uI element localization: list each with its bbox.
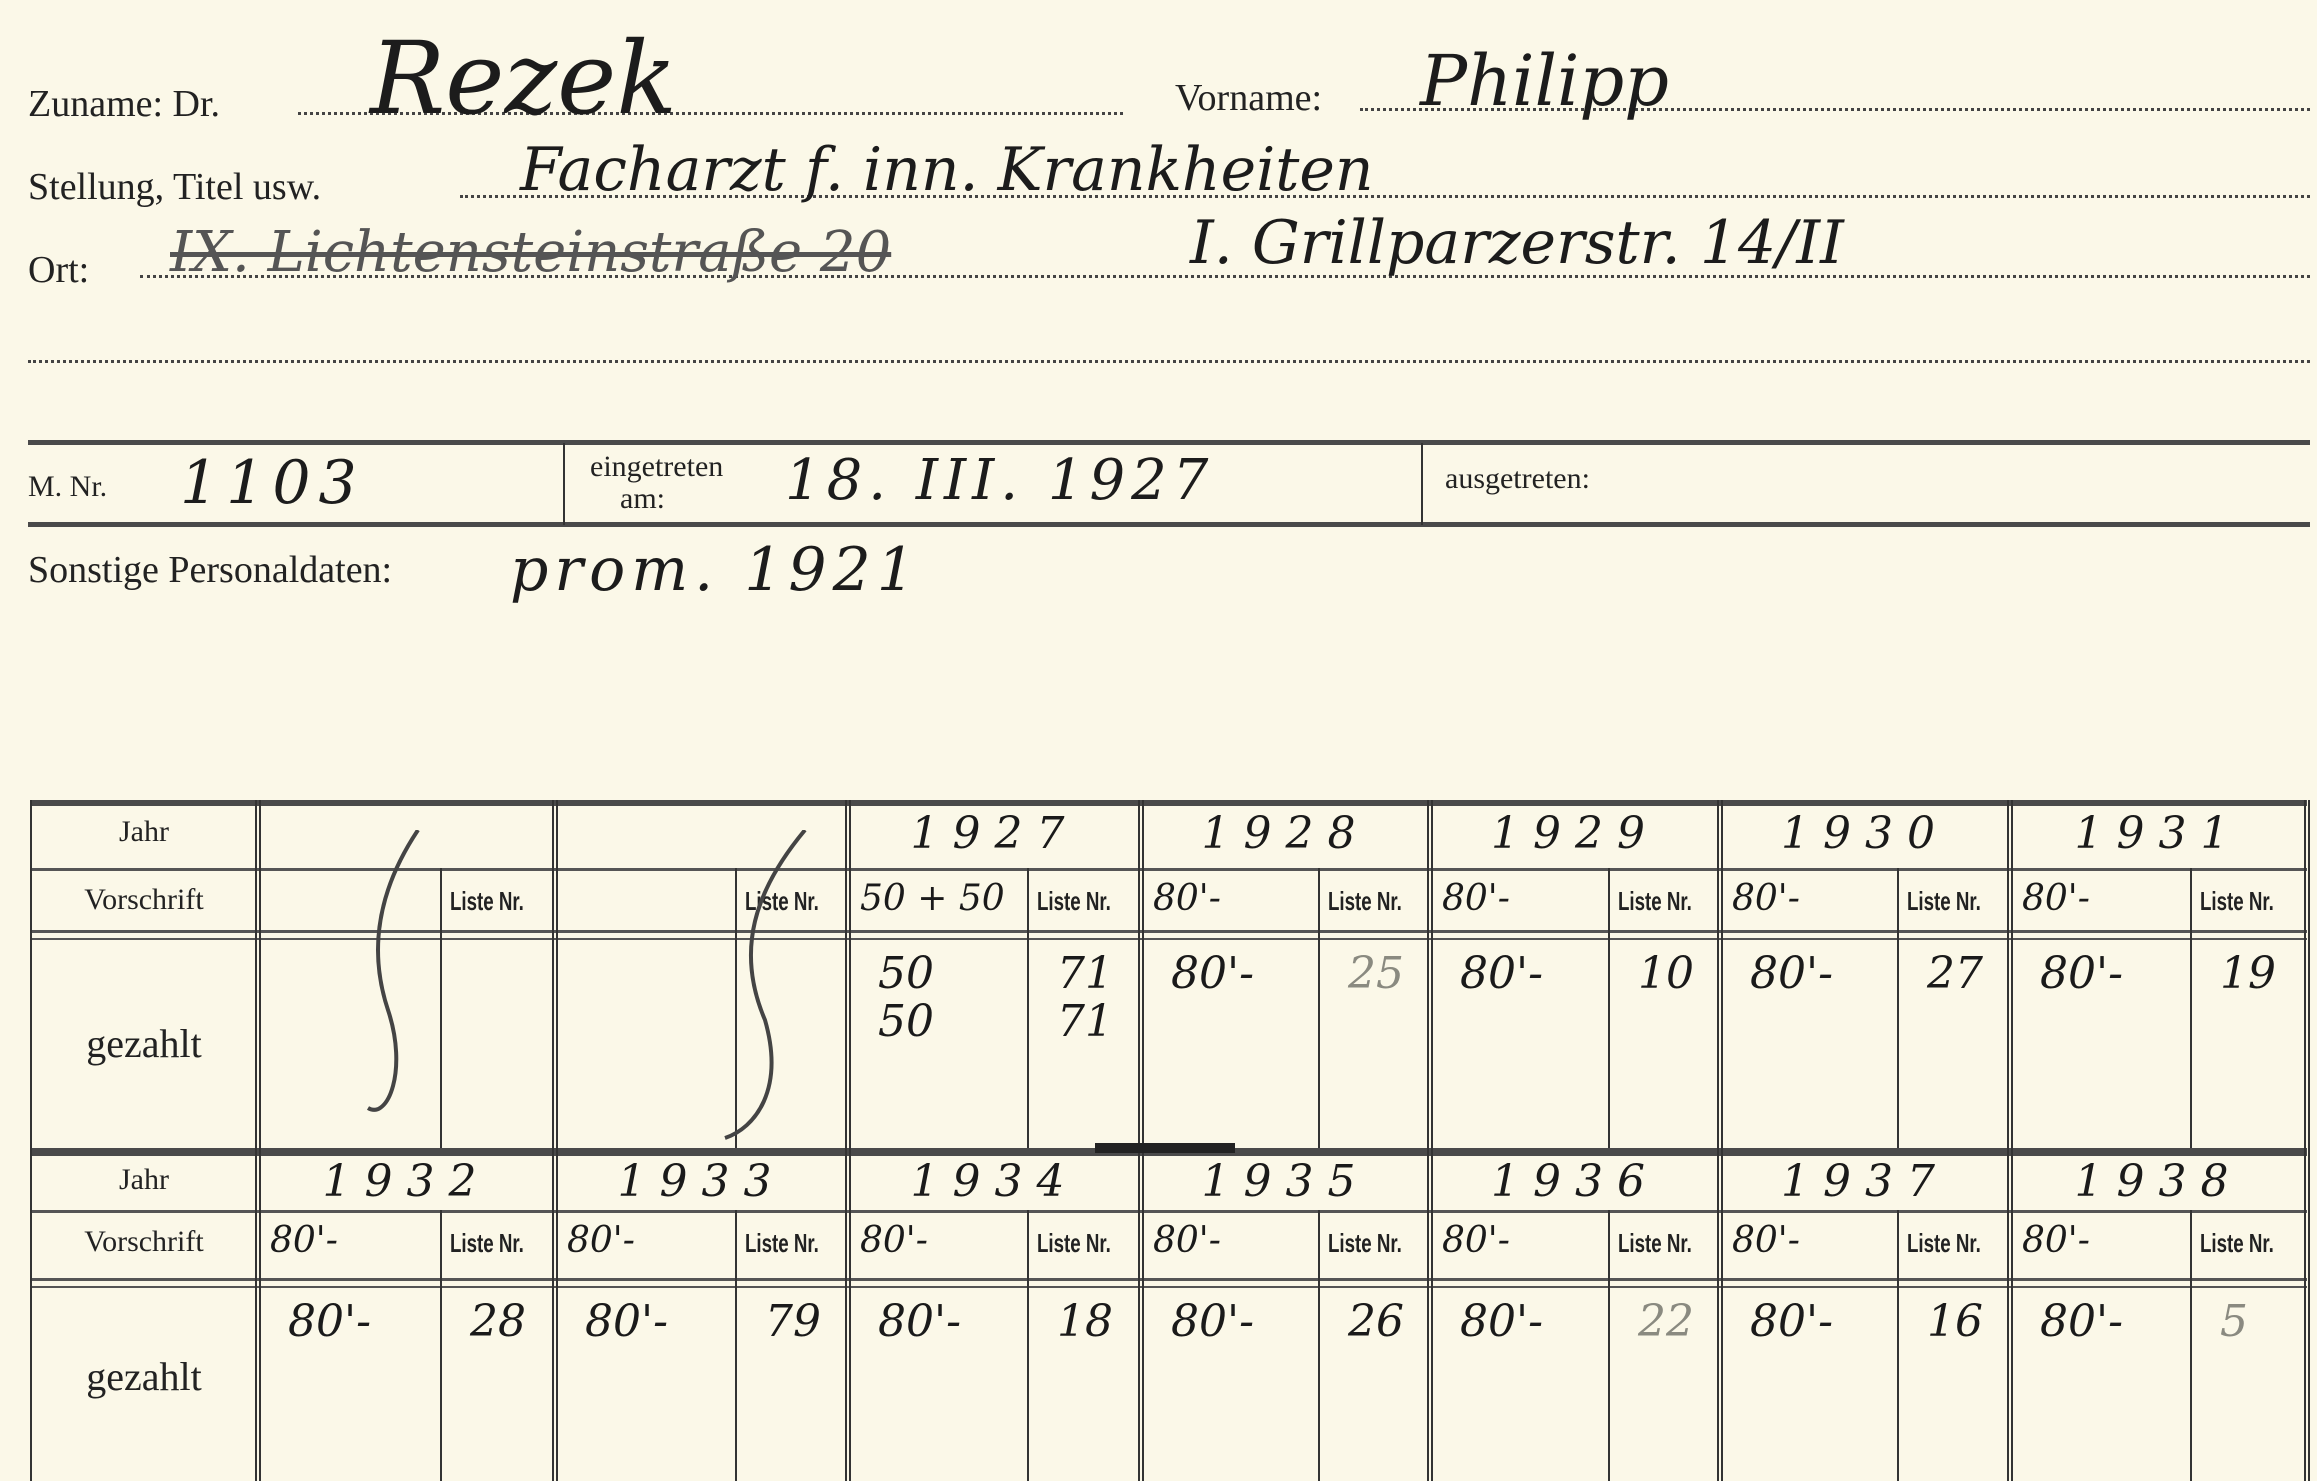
stellung-value: Facharzt f. inn. Krankheiten (520, 135, 1374, 205)
year-column-divider (255, 800, 261, 1148)
liste-nr-label: Liste Nr. (745, 1228, 819, 1259)
liste-column-divider (1608, 868, 1610, 1148)
membership-bottom-rule (28, 522, 2310, 527)
eingetreten-value: 18. III. 1927 (785, 448, 1214, 513)
gezahlt-value: 80'- (1750, 950, 1833, 998)
gezahlt-value: 80'- (2040, 950, 2123, 998)
liste-nr-value: 28 (470, 1298, 526, 1346)
liste-nr-label: Liste Nr. (2200, 1228, 2274, 1259)
liste-nr-value: 10 (1638, 950, 1694, 998)
table-block-top-rule (30, 800, 2307, 806)
cross-out-stroke (715, 830, 835, 1148)
jahr-row-label: Jahr (30, 815, 258, 849)
gezahlt-value: 80'- (1460, 950, 1543, 998)
gezahlt-value: 80'- (1460, 1298, 1543, 1346)
year-column-divider (552, 800, 558, 1148)
year-value: 1927 (848, 808, 1141, 859)
mnr-label: M. Nr. (28, 470, 107, 504)
vorschrift-value: 80'- (1732, 1220, 1800, 1261)
eingetreten-am-label: am: (620, 482, 665, 516)
year-value: 1936 (1430, 1156, 1720, 1207)
liste-nr-label: Liste Nr. (1618, 1228, 1692, 1259)
liste-column-divider (1318, 1210, 1320, 1481)
gezahlt-row-label: gezahlt (30, 1353, 258, 1400)
year-value: 1938 (2010, 1156, 2307, 1207)
year-value: 1932 (258, 1156, 555, 1207)
liste-nr-label: Liste Nr. (1328, 886, 1402, 917)
liste-nr-label: Liste Nr. (1907, 1228, 1981, 1259)
vorschrift-value: 50 + 50 (860, 878, 1005, 919)
year-value: 1937 (1720, 1156, 2010, 1207)
gezahlt-value: 80'- (2040, 1298, 2123, 1346)
ort-value: I. Grillparzerstr. 14/II (1190, 208, 1844, 278)
extra-dotted-line (28, 360, 2310, 363)
sonstige-label: Sonstige Personaldaten: (28, 548, 392, 592)
liste-column-divider (2190, 868, 2192, 1148)
liste-column-divider (2190, 1210, 2192, 1481)
liste-nr-value: 26 (1348, 1298, 1404, 1346)
liste-column-divider (735, 1210, 737, 1481)
vorschrift-row-rule-double (30, 1286, 2307, 1288)
vorschrift-value: 80'- (567, 1220, 635, 1261)
jahr-row-label: Jahr (30, 1163, 258, 1197)
liste-nr-label: Liste Nr. (1037, 1228, 1111, 1259)
table-left-border (30, 1148, 32, 1481)
vorschrift-row-label: Vorschrift (30, 883, 258, 917)
stellung-label: Stellung, Titel usw. (28, 165, 321, 209)
liste-column-divider (440, 1210, 442, 1481)
year-value: 1933 (555, 1156, 848, 1207)
liste-nr-value: 27 (1927, 950, 1983, 998)
zuname-value: Rezek (370, 20, 677, 137)
vorschrift-value: 80'- (1153, 878, 1221, 919)
liste-nr-label: Liste Nr. (1328, 1228, 1402, 1259)
vorschrift-value: 80'- (1153, 1220, 1221, 1261)
jahr-row-rule (30, 1210, 2307, 1213)
gezahlt-value: 80'- (1750, 1298, 1833, 1346)
liste-nr-value: 79 (765, 1298, 821, 1346)
ort-label: Ort: (28, 248, 89, 292)
gezahlt-value: 80'- (585, 1298, 668, 1346)
table-left-border (30, 800, 32, 1148)
vorname-label: Vorname: (1175, 76, 1322, 120)
year-value: 1930 (1720, 808, 2010, 859)
liste-nr-label: Liste Nr. (1618, 886, 1692, 917)
liste-nr-label: Liste Nr. (1907, 886, 1981, 917)
membership-divider-2 (1421, 443, 1423, 525)
year-value: 1934 (848, 1156, 1141, 1207)
liste-column-divider (1027, 868, 1029, 1148)
vorschrift-row-label: Vorschrift (30, 1225, 258, 1259)
liste-nr-value: 22 (1638, 1298, 1694, 1346)
gezahlt-value: 80'- (288, 1298, 371, 1346)
liste-nr-label: Liste Nr. (1037, 886, 1111, 917)
eingetreten-label: eingetreten (590, 450, 723, 484)
liste-column-divider (1897, 868, 1899, 1148)
membership-top-rule (28, 440, 2310, 445)
mnr-value: 1103 (180, 448, 365, 518)
gezahlt-value: 50 50 (878, 950, 934, 1046)
vorschrift-value: 80'- (1442, 1220, 1510, 1261)
liste-column-divider (1608, 1210, 1610, 1481)
year-value: 1929 (1430, 808, 1720, 859)
ausgetreten-label: ausgetreten: (1445, 462, 1590, 496)
block-separator-bar (1095, 1143, 1235, 1153)
cross-out-stroke (358, 830, 478, 1148)
vorschrift-value: 80'- (860, 1220, 928, 1261)
membership-divider-1 (563, 443, 565, 525)
vorschrift-value: 80'- (270, 1220, 338, 1261)
year-value: 1931 (2010, 808, 2307, 859)
liste-column-divider (1027, 1210, 1029, 1481)
liste-column-divider (1897, 1210, 1899, 1481)
ort-old-value-crossed: IX. Lichtensteinstraße 20 (170, 220, 891, 285)
liste-nr-label: Liste Nr. (450, 1228, 524, 1259)
vorschrift-row-rule (30, 1278, 2307, 1281)
liste-nr-value: 25 (1348, 950, 1404, 998)
gezahlt-row-label: gezahlt (30, 1020, 258, 1067)
gezahlt-value: 80'- (1171, 1298, 1254, 1346)
vorschrift-value: 80'- (1442, 878, 1510, 919)
liste-nr-value: 71 71 (1057, 950, 1113, 1046)
gezahlt-value: 80'- (878, 1298, 961, 1346)
liste-nr-value: 18 (1057, 1298, 1113, 1346)
liste-column-divider (1318, 868, 1320, 1148)
vorschrift-value: 80'- (2022, 878, 2090, 919)
sonstige-value: prom. 1921 (510, 535, 921, 605)
vorschrift-value: 80'- (2022, 1220, 2090, 1261)
zuname-label: Zuname: Dr. (28, 82, 220, 126)
liste-nr-value: 5 (2220, 1298, 2248, 1346)
liste-nr-label: Liste Nr. (2200, 886, 2274, 917)
liste-nr-value: 19 (2220, 950, 2276, 998)
vorschrift-value: 80'- (1732, 878, 1800, 919)
vorname-value: Philipp (1420, 40, 1669, 122)
year-value: 1935 (1141, 1156, 1430, 1207)
liste-nr-value: 16 (1927, 1298, 1983, 1346)
year-value: 1928 (1141, 808, 1430, 859)
gezahlt-value: 80'- (1171, 950, 1254, 998)
